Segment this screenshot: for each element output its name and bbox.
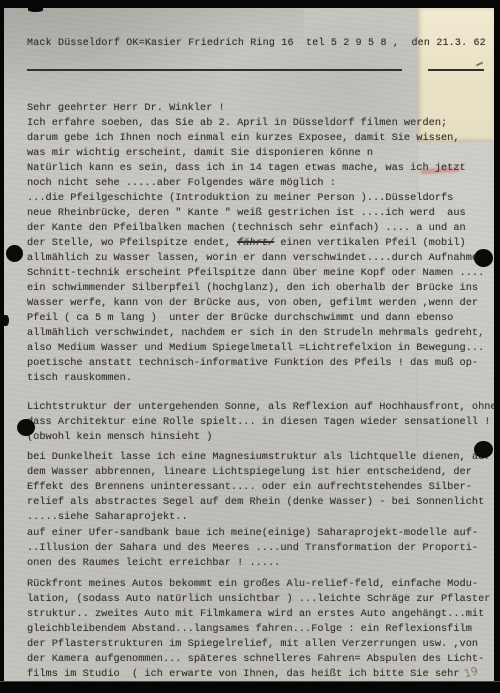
letter-line: lation, (sodass Auto natürlich unsichtba…: [27, 592, 494, 607]
letter-line: neue Rheinbrücke, deren " Kante " weiß g…: [27, 206, 494, 221]
letter-line: Pfeil ( ca 5 m lang ) unter der Brücke d…: [27, 311, 494, 326]
hole-punch: [474, 441, 493, 458]
letter-line: auf einer Ufer-sandbank baue ich meine(e…: [27, 526, 494, 541]
letter-line: Rückfront meines Autos bekommt ein große…: [27, 577, 494, 592]
letter-line: noch nicht sehe .....aber Folgendes wäre…: [27, 176, 494, 191]
letter-line: der Pflasterstrukturen im Spiegelrelief,…: [27, 637, 494, 652]
letter-line: Natürlich kann es sein, dass ich in 14 t…: [27, 161, 494, 176]
scan-border-right: [494, 0, 500, 693]
scan-border-top: [0, 0, 500, 8]
letter-line: relief als abstractes Segel auf dem Rhei…: [27, 495, 494, 510]
edge-mark: [4, 315, 9, 326]
letter-line: Lichtstruktur der untergehenden Sonne, a…: [27, 400, 494, 415]
hole-punch: [474, 249, 493, 267]
letter-paragraph: bei Dunkelheit lasse ich eine Magnesiums…: [27, 450, 494, 525]
letter-paragraph: Rückfront meines Autos bekommt ein große…: [27, 577, 494, 682]
struck-word: fährt/: [237, 237, 274, 249]
letter-line: Wasser werfe, kann von der Brücke aus, v…: [27, 296, 494, 311]
letter-paragraph: Sehr geehrter Herr Dr. Winkler !Ich erfa…: [27, 101, 494, 386]
letter-line: also Medium Wasser und Medium Spiegelmet…: [27, 341, 494, 356]
letter-line: bei Dunkelheit lasse ich eine Magnesiums…: [27, 450, 494, 465]
letter-line: was mir wichtig erscheint, damit Sie dis…: [27, 146, 494, 161]
letter-header: Mack Düsseldorf OK=Kasier Friedrich Ring…: [27, 38, 486, 49]
letter-line: allmählich zu Wasser lassen, worin er da…: [27, 251, 494, 266]
hole-punch: [17, 419, 35, 436]
letter-line: tisch rauskommen.: [27, 371, 494, 386]
scan-border-bottom: [0, 681, 500, 693]
letter-line: Sehr geehrter Herr Dr. Winkler !: [27, 101, 494, 116]
letter-line: darum gebe ich Ihnen noch einmal ein kur…: [27, 131, 494, 146]
header-underline-short: [428, 69, 484, 71]
letter-line: onen des Raumes leicht erreichbar ! ....…: [27, 556, 494, 571]
letter-line: (obwohl kein mensch hinsieht ): [27, 430, 494, 445]
hole-punch: [6, 245, 23, 262]
letter-paragraph: auf einer Ufer-sandbank baue ich meine(e…: [27, 526, 494, 571]
scanned-letter: Mack Düsseldorf OK=Kasier Friedrich Ring…: [0, 0, 500, 693]
letter-line: der Kante den Pfeilbalken machen (techni…: [27, 221, 494, 236]
letter-line: Ich erfahre soeben, das Sie ab 2. April …: [27, 116, 494, 131]
letter-line: .....siehe Saharaprojekt..: [27, 510, 494, 525]
letter-line: allmählich verschwindet, nachdem er sich…: [27, 326, 494, 341]
scan-border-left: [0, 0, 4, 693]
letter-line: Effekt des Brennens uninteressant.... od…: [27, 480, 494, 495]
letter-line: dem Wasser abbrennen, lineare Lichtspieg…: [27, 465, 494, 480]
letter-line: ..Illusion der Sahara und des Meeres ...…: [27, 541, 494, 556]
letter-line: ...die Pfeilgeschichte (Introduktion zu …: [27, 191, 494, 206]
letter-line: struktur.. zweites Auto mit Filmkamera w…: [27, 607, 494, 622]
letter-line: der Kamera aufgenommen... späteres schne…: [27, 652, 494, 667]
letter-line: poetische anstatt technisch-informative …: [27, 356, 494, 371]
letter-line: ein schwimmender Silberpfeil (hochglanz)…: [27, 281, 494, 296]
paper: Mack Düsseldorf OK=Kasier Friedrich Ring…: [4, 8, 494, 682]
letter-line: Schnitt-technik erscheint Pfeilspitze da…: [27, 266, 494, 281]
header-underline: [27, 69, 402, 71]
letter-line: films im Studio ( ich erwarte von Ihnen,…: [27, 667, 494, 682]
letter-line: dass Architektur eine Rolle spielt... in…: [27, 415, 494, 430]
letter-line: gleichbleibendem Abstand...langsames fah…: [27, 622, 494, 637]
scan-border-notch: [28, 8, 43, 12]
letter-paragraph: Lichtstruktur der untergehenden Sonne, a…: [27, 400, 494, 445]
letter-line: der Stelle, wo Pfeilspitze endet, fährt/…: [27, 236, 494, 251]
